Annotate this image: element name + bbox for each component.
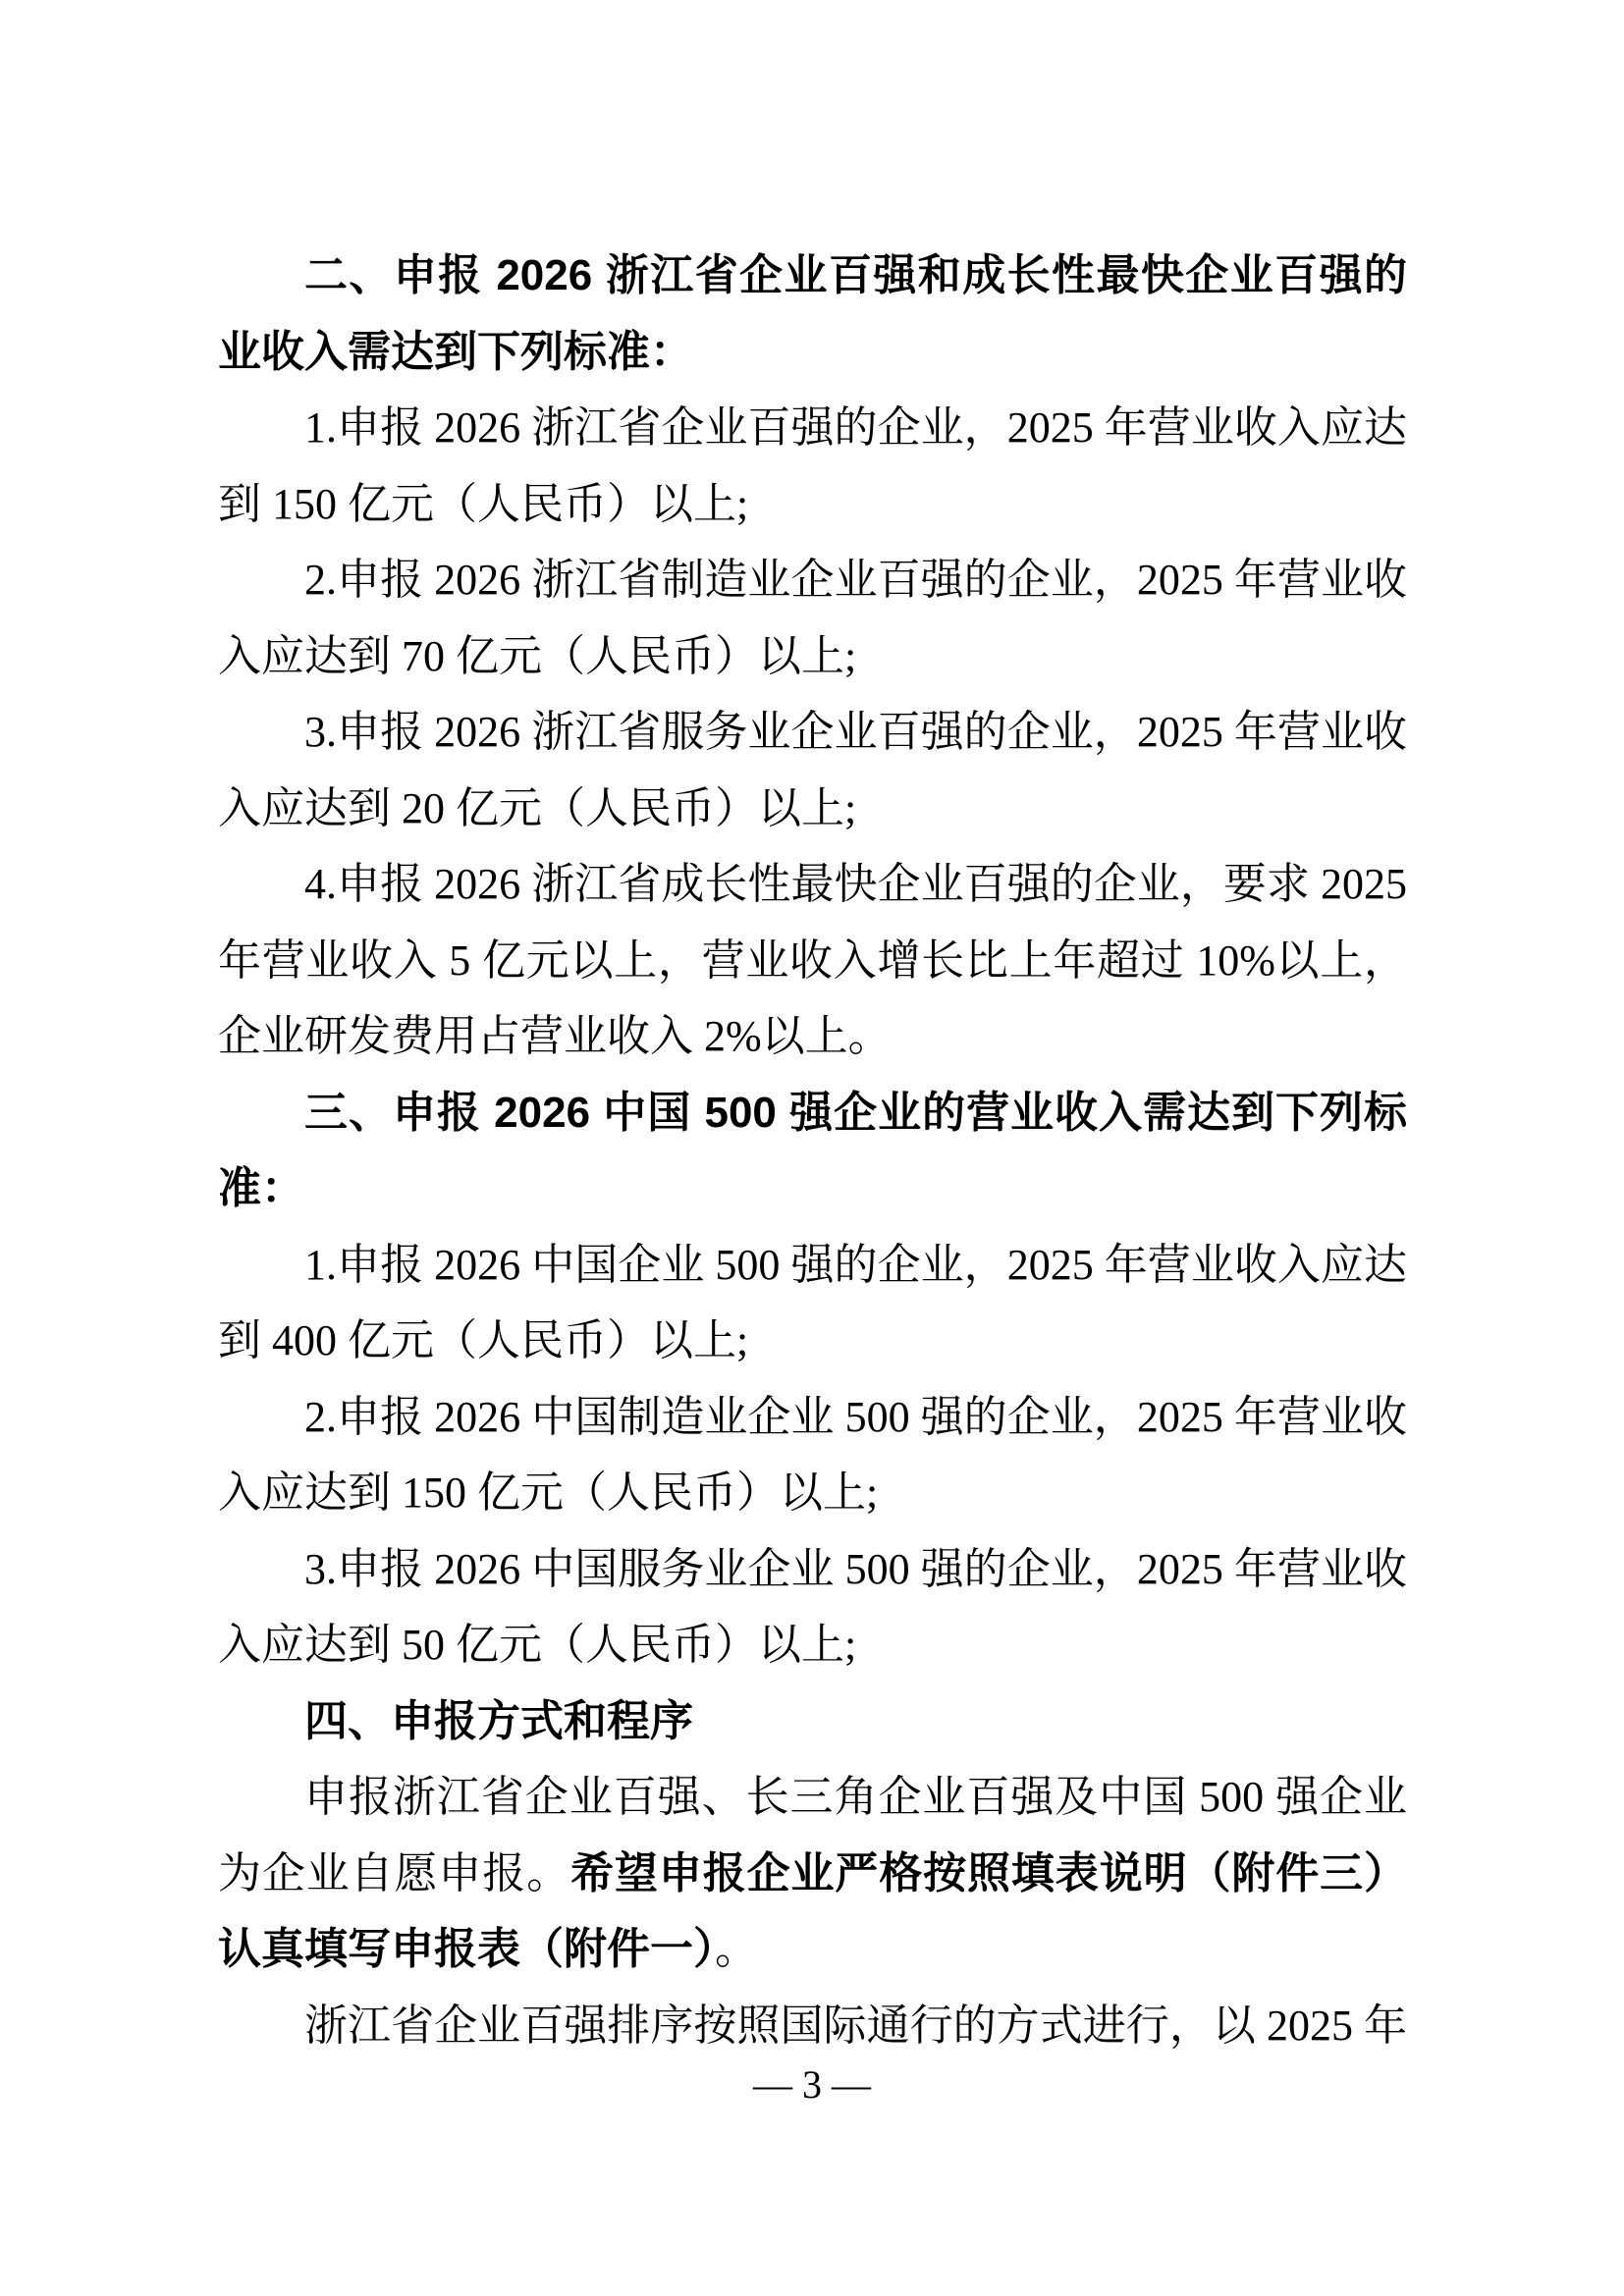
item-2-3-line-2: 入应达到 20 亿元（人民币）以上; bbox=[218, 771, 1407, 847]
para-4-1-line-2-normal: 为企业自愿申报。 bbox=[218, 1849, 570, 1897]
item-3-3-line-2: 入应达到 50 亿元（人民币）以上; bbox=[218, 1607, 1407, 1683]
item-2-4-line-3: 企业研发费用占营业收入 2%以上。 bbox=[218, 998, 1407, 1075]
para-4-1-line-1: 申报浙江省企业百强、长三角企业百强及中国 500 强企业 bbox=[218, 1759, 1407, 1836]
para-4-1-line-3-bold: 认真填写申报表（附件一） bbox=[218, 1925, 715, 1973]
para-4-1-line-3: 认真填写申报表（附件一）。 bbox=[218, 1911, 1407, 1988]
item-3-2-line-2: 入应达到 150 亿元（人民币）以上; bbox=[218, 1455, 1407, 1531]
section-4-heading: 四、申报方式和程序 bbox=[218, 1683, 1407, 1760]
item-2-4-line-2: 年营业收入 5 亿元以上，营业收入增长比上年超过 10%以上， bbox=[218, 923, 1407, 999]
item-2-1-line-1: 1.申报 2026 浙江省企业百强的企业，2025 年营业收入应达 bbox=[218, 390, 1407, 466]
section-2-heading-line-1: 二、申报 2026 浙江省企业百强和成长性最快企业百强的营 bbox=[218, 238, 1407, 314]
item-3-1-line-1: 1.申报 2026 中国企业 500 强的企业，2025 年营业收入应达 bbox=[218, 1227, 1407, 1304]
document-page: 二、申报 2026 浙江省企业百强和成长性最快企业百强的营 业收入需达到下列标准… bbox=[0, 0, 1624, 2296]
item-2-2-line-2: 入应达到 70 亿元（人民币）以上; bbox=[218, 618, 1407, 695]
para-4-2-line-1: 浙江省企业百强排序按照国际通行的方式进行，以 2025 年 bbox=[218, 1988, 1407, 2064]
para-4-1-line-2-bold: 希望申报企业严格按照填表说明（附件三） bbox=[570, 1849, 1407, 1897]
item-3-2-line-1: 2.申报 2026 中国制造业企业 500 强的企业，2025 年营业收 bbox=[218, 1379, 1407, 1456]
item-2-2-line-1: 2.申报 2026 浙江省制造业企业百强的企业，2025 年营业收 bbox=[218, 542, 1407, 618]
item-2-4-line-1: 4.申报 2026 浙江省成长性最快企业百强的企业，要求 2025 bbox=[218, 846, 1407, 923]
item-2-1-line-2: 到 150 亿元（人民币）以上; bbox=[218, 466, 1407, 543]
item-3-3-line-1: 3.申报 2026 中国服务业企业 500 强的企业，2025 年营业收 bbox=[218, 1531, 1407, 1608]
para-4-1-line-2: 为企业自愿申报。希望申报企业严格按照填表说明（附件三） bbox=[218, 1836, 1407, 1912]
para-4-1-line-3-normal: 。 bbox=[715, 1925, 758, 1973]
page-number: — 3 — bbox=[0, 2061, 1624, 2109]
section-3-heading-line-2: 准： bbox=[218, 1150, 1407, 1227]
item-3-1-line-2: 到 400 亿元（人民币）以上; bbox=[218, 1303, 1407, 1379]
section-3-heading-line-1: 三、申报 2026 中国 500 强企业的营业收入需达到下列标 bbox=[218, 1075, 1407, 1151]
item-2-3-line-1: 3.申报 2026 浙江省服务业企业百强的企业，2025 年营业收 bbox=[218, 694, 1407, 771]
section-2-heading-line-2: 业收入需达到下列标准： bbox=[218, 314, 1407, 391]
document-body: 二、申报 2026 浙江省企业百强和成长性最快企业百强的营 业收入需达到下列标准… bbox=[218, 238, 1407, 2063]
